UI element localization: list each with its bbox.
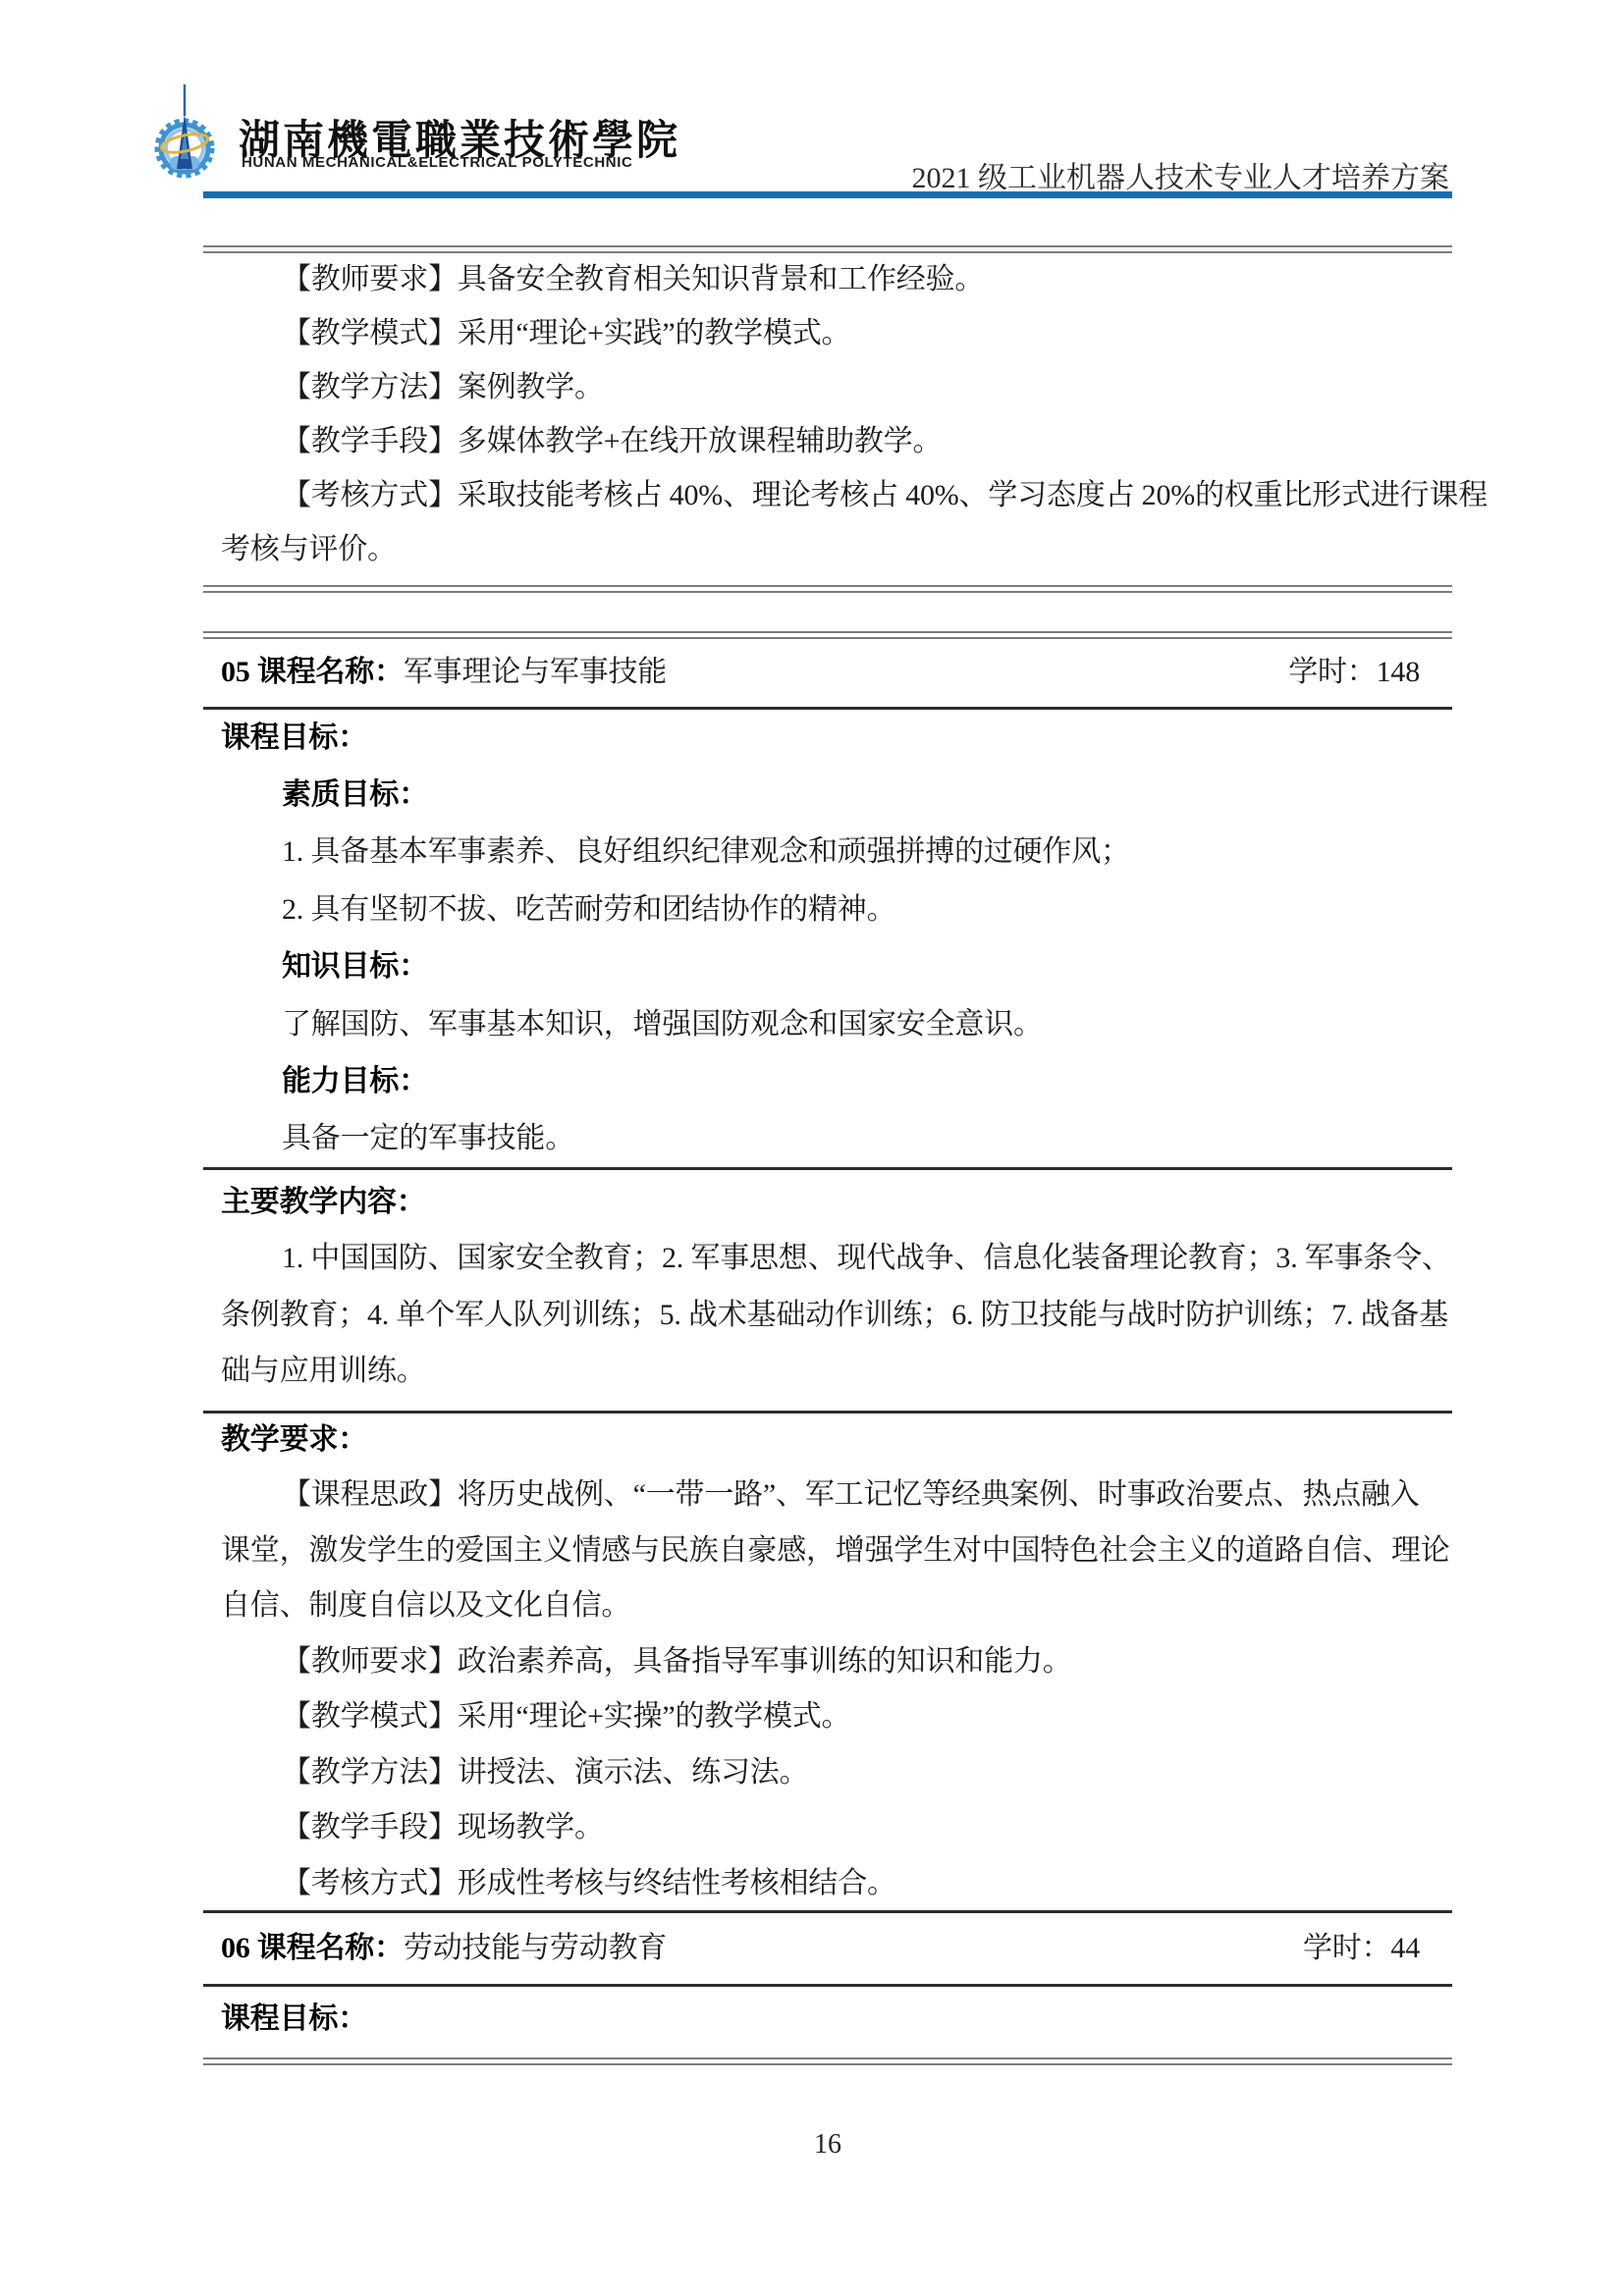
paragraph-line: 【教师要求】政治素养高，具备指导军事训练的知识和能力。 — [282, 1641, 1072, 1682]
paragraph-line: 【考核方式】形成性考核与终结性考核相结合。 — [282, 1863, 896, 1904]
divider-rule — [203, 585, 1452, 593]
course-number-label: 05 课程名称： — [221, 656, 404, 688]
hours-value: 44 — [1390, 1932, 1420, 1964]
paragraph-line: 【教学手段】多媒体教学+在线开放课程辅助教学。 — [282, 421, 942, 462]
paragraph-line: 础与应用训练。 — [221, 1351, 426, 1392]
school-name-english: HUNAN MECHANICAL&ELECTRICAL POLYTECHNIC — [242, 154, 632, 171]
hours-value: 148 — [1377, 656, 1420, 688]
subsection-title: 知识目标： — [282, 946, 428, 988]
paragraph-line: 具备一定的军事技能。 — [282, 1118, 574, 1159]
subsection-title: 素质目标： — [282, 774, 428, 816]
header-accent-bar — [203, 191, 1452, 198]
paragraph-line: 1. 中国国防、国家安全教育；2. 军事思想、现代战争、信息化装备理论教育；3.… — [282, 1238, 1451, 1279]
divider-rule — [203, 631, 1452, 639]
paragraph-line: 1. 具备基本军事素养、良好组织纪律观念和顽强拼搏的过硬作风； — [282, 831, 1130, 873]
course-number-label: 06 课程名称： — [221, 1932, 404, 1964]
paragraph-line: 【教学手段】现场教学。 — [282, 1807, 604, 1848]
divider-rule — [203, 707, 1452, 710]
section-title: 教学要求： — [221, 1419, 367, 1461]
hours-label: 学时： — [1288, 656, 1376, 688]
school-logo-icon — [152, 80, 217, 192]
document-title: 2021 级工业机器人技术专业人才培养方案 — [912, 153, 1450, 196]
divider-rule — [203, 1167, 1452, 1170]
divider-rule — [203, 1910, 1452, 1913]
paragraph-line: 自信、制度自信以及文化自信。 — [221, 1585, 630, 1627]
section-title: 主要教学内容： — [221, 1182, 426, 1223]
paragraph-line: 【考核方式】采取技能考核占 40%、理论考核占 40%、学习态度占 20%的权重… — [282, 475, 1488, 516]
course-name: 军事理论与军事技能 — [404, 656, 667, 688]
divider-rule — [203, 245, 1452, 253]
page-number: 16 — [203, 2124, 1452, 2165]
course-hours: 学时：44 — [1303, 1928, 1420, 1969]
paragraph-line: 课堂，激发学生的爱国主义情感与民族自豪感，增强学生对中国特色社会主义的道路自信、… — [221, 1530, 1450, 1572]
course-title-row: 06 课程名称：劳动技能与劳动教育 学时：44 — [221, 1928, 1449, 1969]
hours-label: 学时： — [1303, 1932, 1390, 1964]
paragraph-line: 【教学方法】案例教学。 — [282, 367, 604, 408]
course-name: 劳动技能与劳动教育 — [404, 1932, 667, 1964]
section-title: 课程目标： — [221, 1999, 367, 2040]
paragraph-line: 【课程思政】将历史战例、“一带一路”、军工记忆等经典案例、时事政治要点、热点融入 — [282, 1474, 1420, 1516]
paragraph-line: 考核与评价。 — [221, 529, 397, 570]
document-page: 湖南機電職業技術學院 HUNAN MECHANICAL&ELECTRICAL P… — [0, 0, 1624, 2296]
divider-rule — [203, 1411, 1452, 1414]
course-hours: 学时：148 — [1288, 652, 1420, 693]
paragraph-line: 【教师要求】具备安全教育相关知识背景和工作经验。 — [282, 259, 984, 300]
divider-rule — [203, 1984, 1452, 1987]
divider-rule — [203, 2057, 1452, 2065]
section-title: 课程目标： — [221, 718, 367, 759]
course-title-row: 05 课程名称：军事理论与军事技能 学时：148 — [221, 652, 1449, 693]
paragraph-line: 条例教育；4. 单个军人队列训练；5. 战术基础动作训练；6. 防卫技能与战时防… — [221, 1295, 1448, 1336]
paragraph-line: 【教学方法】讲授法、演示法、练习法。 — [282, 1752, 808, 1793]
paragraph-line: 2. 具有坚韧不拔、吃苦耐劳和团结协作的精神。 — [282, 889, 895, 931]
school-name-chinese: 湖南機電職業技術學院 — [239, 108, 680, 157]
subsection-title: 能力目标： — [282, 1061, 428, 1102]
paragraph-line: 【教学模式】采用“理论+实践”的教学模式。 — [282, 313, 850, 354]
paragraph-line: 【教学模式】采用“理论+实操”的教学模式。 — [282, 1696, 850, 1737]
paragraph-line: 了解国防、军事基本知识，增强国防观念和国家安全意识。 — [282, 1004, 1043, 1045]
